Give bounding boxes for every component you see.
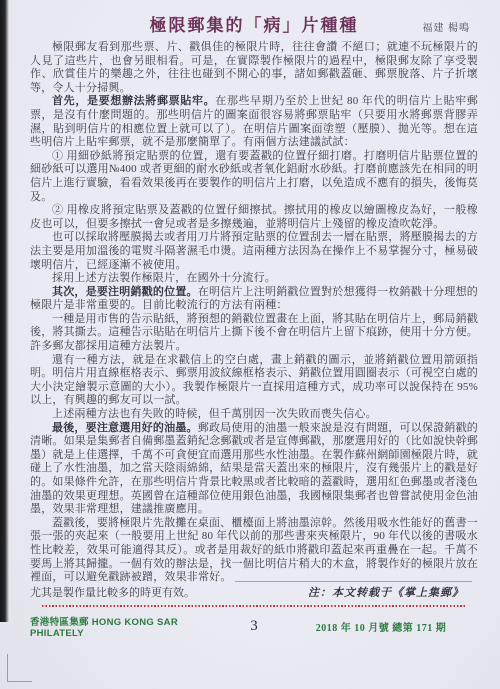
paragraph-lead: 其次，是要注明銷戳的位置。 [52,286,198,298]
page-number: 3 [224,618,284,635]
body-paragraph: 首先，是要想辦法將郵票貼牢。在那些早期乃至於上世紀 80 年代的明信片上貼牢郵票… [30,95,478,149]
page-footer: 香港特區集郵 HONG KONG SAR PHILATELY 3 2018 年 … [30,614,478,639]
body-paragraph: 也可以採取將壓膜揭去或者用刀片將預定貼票的位置刮去一層在貼票，將壓膜揭去的方法主… [30,231,478,272]
paragraph-text: ② 用橡皮將預定貼票及蓋戳的位置仔細擦拭。擦拭用的橡皮以繪圖橡皮為好，一般橡皮也… [30,204,478,230]
author-byline: 福建 楊鳴 [423,19,471,34]
scan-edge-artifact [0,0,9,622]
body-paragraph: 最後，要注意選用好的油墨。郵政局使用的油墨一般來說是沒有問題，可以保證銷戳的清晰… [30,422,478,517]
article-content: 極限郵集的「病」片種種 福建 楊鳴 極限郵友看到那些票、片、戳俱佳的極限片時，往… [30,11,478,639]
closing-sentence: 尤其是製作量比較多的時更有效。 [30,586,195,600]
paragraph-lead: 首先，是要想辦法將郵票貼牢。 [52,95,215,107]
paragraph-text: 也可以採取將壓膜揭去或者用刀片將預定貼票的位置刮去一層在貼票，將壓膜揭去的方法主… [30,231,478,270]
paragraph-text: 蓋戳後，要將極限片先散攤在桌面、櫃檯面上將油墨涼幹。然後用吸水性能好的舊書一張一… [30,517,478,583]
title-row: 極限郵集的「病」片種種 福建 楊鳴 [30,11,478,39]
article-body: 極限郵友看到那些票、片、戳俱佳的極限片時，往往會讚 不絕口；就連不玩極限片的人見… [30,41,478,585]
body-paragraph: 一種是用市售的告示貼紙，將預想的銷戳位置畫在上面，將其貼在明信片上，郵局銷戳後，… [30,313,478,354]
body-paragraph: 上述兩種方法也有失敗的時候，但千萬別因一次失敗而喪失信心。 [30,408,478,422]
issue-info: 2018 年 10 月號 總第 171 期 [284,619,478,634]
page-corner-mark [7,654,32,682]
body-paragraph: 極限郵友看到那些票、片、戳俱佳的極限片時，往往會讚 不絕口；就連不玩極限片的人見… [30,41,478,95]
paragraph-text: 郵政局使用的油墨一般來說是沒有問題，可以保證銷戳的清晰。如果是集郵者自備郵墨蓋銷… [30,422,478,516]
page-title: 極限郵集的「病」片種種 [30,11,478,36]
scanned-article-page: 極限郵集的「病」片種種 福建 楊鳴 極限郵友看到那些票、片、戳俱佳的極限片時，往… [0,0,500,689]
body-paragraph: 其次，是要注明銷戳的位置。在明信片上注明銷戳位置對於想獲得一枚銷戳十分理想的極限… [30,286,478,313]
body-paragraph: 採用上述方法製作極限片，在國外十分流行。 [30,272,478,286]
closing-row: 尤其是製作量比較多的時更有效。 注：本文转载于《掌上集郵》 [30,586,478,600]
body-paragraph: ② 用橡皮將預定貼票及蓋戳的位置仔細擦拭。擦拭用的橡皮以繪圖橡皮為好，一般橡皮也… [30,204,478,231]
paragraph-text: 一種是用市售的告示貼紙，將預想的銷戳位置畫在上面，將其貼在明信片上，郵局銷戳後，… [30,313,478,352]
paragraph-text: 極限郵友看到那些票、片、戳俱佳的極限片時，往往會讚 不絕口；就連不玩極限片的人見… [30,41,478,94]
paragraph-text: ① 用細砂紙將預定貼票的位置，還有要蓋戳的位置仔細打磨。打磨明信片貼票位置的細砂… [30,150,478,203]
body-paragraph: 蓋戳後，要將極限片先散攤在桌面、櫃檯面上將油墨涼幹。然後用吸水性能好的舊書一張一… [30,517,478,585]
paragraph-text: 採用上述方法製作極限片，在國外十分流行。 [52,272,276,284]
red-dotted-divider [42,604,466,607]
body-paragraph: 還有一種方法，就是在求戳信上的空白處，畫上銷戳的圖示，並將銷戳位置用箭頭指明。明… [30,354,478,408]
paragraph-text: 上述兩種方法也有失敗的時候，但千萬別因一次失敗而喪失信心。 [52,408,377,420]
paragraph-text: 還有一種方法，就是在求戳信上的空白處，畫上銷戳的圖示，並將銷戳位置用箭頭指明。明… [30,354,478,407]
reprint-note: 注：本文转载于《掌上集郵》 [308,586,478,600]
body-paragraph: ① 用細砂紙將預定貼票的位置，還有要蓋戳的位置仔細打磨。打磨明信片貼票位置的細砂… [30,150,478,204]
journal-name: 香港特區集郵 HONG KONG SAR PHILATELY [30,614,224,639]
paragraph-lead: 最後，要注意選用好的油墨。 [52,422,198,434]
